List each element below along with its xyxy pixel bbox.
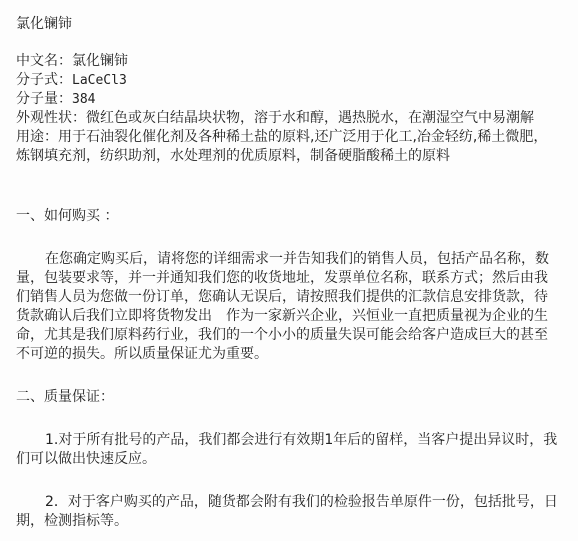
section-paragraph: 1.对于所有批号的产品，我们都会进行有效期1年后的留样，当客户提出异议时，我们可… — [16, 431, 560, 469]
property-value: 微红色或灰白结晶块状物，溶于水和醇，遇热脱水，在潮湿空气中易潮解 — [86, 110, 534, 126]
property-usage: 用途：用于石油裂化催化剂及各种稀土盐的原料,还广泛用于化工,冶金轻纺,稀土微肥，… — [16, 128, 560, 166]
property-appearance: 外观性状：微红色或灰白结晶块状物，溶于水和醇，遇热脱水，在潮湿空气中易潮解 — [16, 109, 560, 128]
spacer — [16, 166, 560, 207]
property-label: 外观性状： — [16, 110, 86, 126]
property-molecular-weight: 分子量：384 — [16, 90, 560, 109]
section-heading-quality-assurance: 二、质量保证： — [16, 388, 560, 407]
property-chinese-name: 中文名：氯化镧铈 — [16, 52, 560, 71]
property-value: LaCeCl3 — [72, 73, 127, 88]
property-formula: 分子式：LaCeCl3 — [16, 71, 560, 90]
property-value: 用于石油裂化催化剂及各种稀土盐的原料,还广泛用于化工,冶金轻纺,稀土微肥，炼钢填… — [16, 129, 547, 164]
document-body: 氯化镧铈 中文名：氯化镧铈 分子式：LaCeCl3 分子量：384 外观性状：微… — [0, 0, 578, 531]
page-title: 氯化镧铈 — [16, 15, 560, 34]
spacer — [16, 469, 560, 493]
property-label: 分子式： — [16, 72, 72, 88]
property-label: 用途： — [16, 129, 58, 145]
spacer — [16, 226, 560, 250]
spacer — [16, 364, 560, 388]
property-value: 氯化镧铈 — [72, 53, 128, 69]
section-heading-how-to-buy: 一、如何购买 ： — [16, 207, 560, 226]
property-label: 中文名： — [16, 53, 72, 69]
property-label: 分子量： — [16, 91, 72, 107]
property-value: 384 — [72, 92, 95, 107]
section-paragraph: 在您确定购买后，请将您的详细需求一并告知我们的销售人员，包括产品名称，数量，包装… — [16, 250, 560, 364]
section-paragraph: 2．对于客户购买的产品，随货都会附有我们的检验报告单原件一份，包括批号，日期，检… — [16, 493, 560, 531]
spacer — [16, 407, 560, 431]
property-list: 中文名：氯化镧铈 分子式：LaCeCl3 分子量：384 外观性状：微红色或灰白… — [16, 52, 560, 166]
